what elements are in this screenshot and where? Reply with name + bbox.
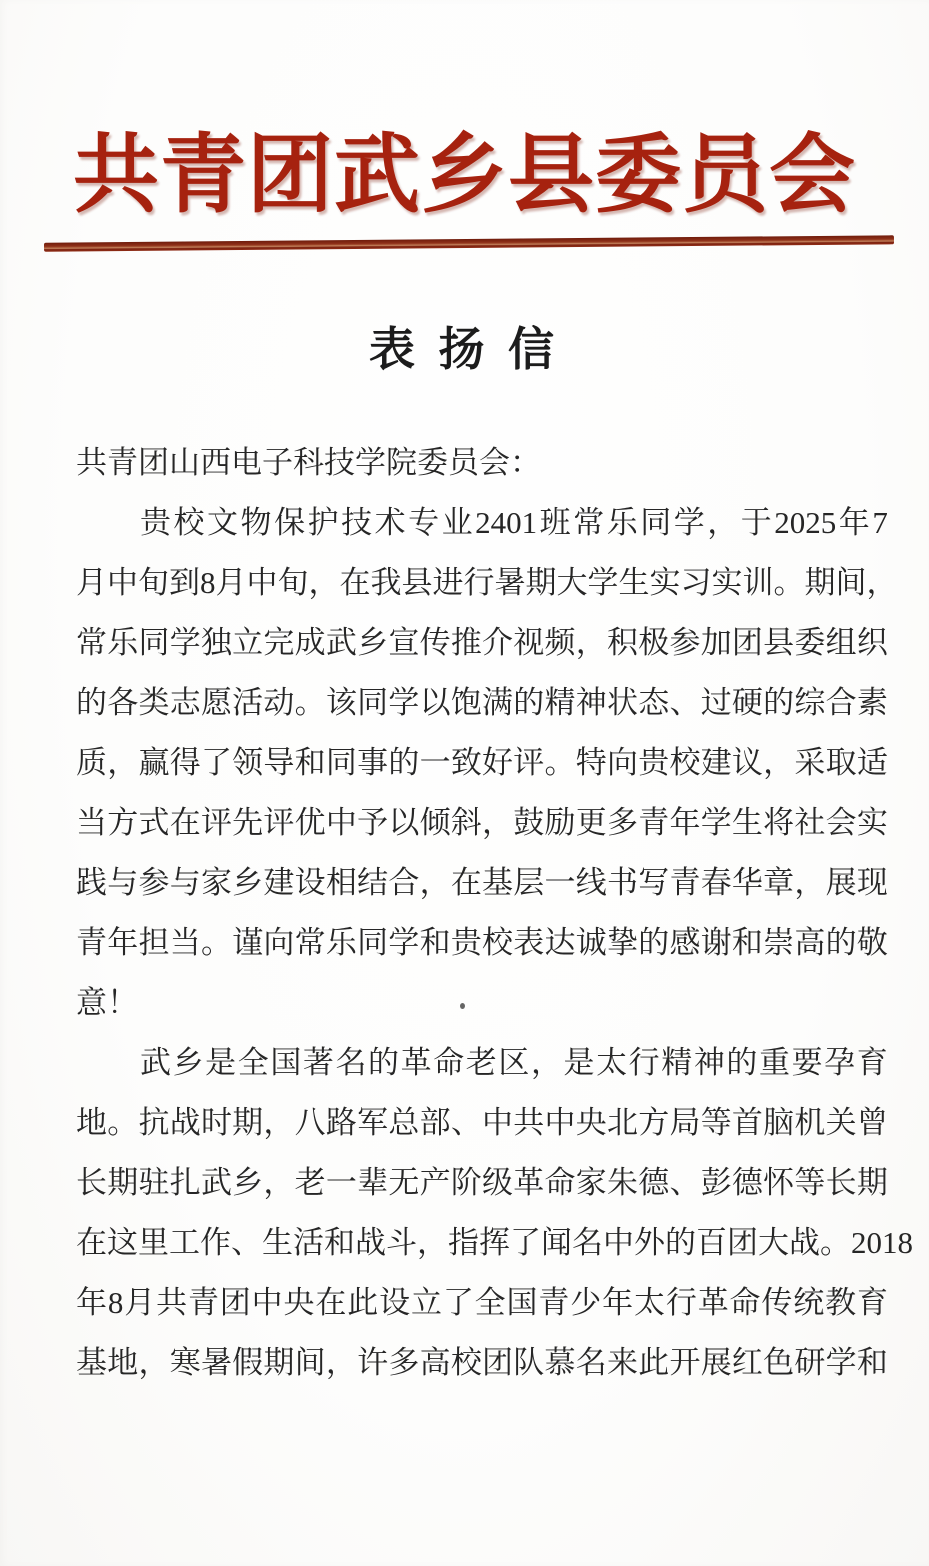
letterhead-organization: 共青团武乡县委员会 [0, 126, 929, 225]
body-line: 贵校文物保护技术专业2401班常乐同学，于2025年7 [76, 493, 888, 553]
body-line: 的各类志愿活动。该同学以饱满的精神状态、过硬的综合素 [76, 673, 888, 733]
letterhead-rule [44, 235, 894, 251]
letter-page: 共青团武乡县委员会 表 扬 信 共青团山西电子科技学院委员会： 贵校文物保护技术… [0, 0, 929, 1566]
paper-speck [460, 1003, 465, 1009]
body-line: 当方式在评先评优中予以倾斜，鼓励更多青年学生将社会实 [76, 793, 888, 853]
body-line: 月中旬到8月中旬，在我县进行暑期大学生实习实训。期间， [76, 553, 888, 613]
body-line: 在这里工作、生活和战斗，指挥了闻名中外的百团大战。2018 [76, 1213, 888, 1273]
body-line: 青年担当。谨向常乐同学和贵校表达诚挚的感谢和崇高的敬 [76, 913, 888, 973]
body-line: 地。抗战时期，八路军总部、中共中央北方局等首脑机关曾 [76, 1093, 888, 1153]
body-line: 武乡是全国著名的革命老区，是太行精神的重要孕育 [76, 1033, 888, 1093]
salutation: 共青团山西电子科技学院委员会： [76, 433, 888, 493]
letter-body: 共青团山西电子科技学院委员会： 贵校文物保护技术专业2401班常乐同学，于202… [76, 433, 888, 1393]
letter-title: 表 扬 信 [0, 320, 929, 380]
body-line: 意！ [76, 973, 888, 1033]
body-line: 长期驻扎武乡，老一辈无产阶级革命家朱德、彭德怀等长期 [76, 1153, 888, 1213]
body-line: 常乐同学独立完成武乡宣传推介视频，积极参加团县委组织 [76, 613, 888, 673]
body-line: 践与参与家乡建设相结合，在基层一线书写青春华章，展现 [76, 853, 888, 913]
body-line: 质，赢得了领导和同事的一致好评。特向贵校建议，采取适 [76, 733, 888, 793]
body-line: 基地，寒暑假期间，许多高校团队慕名来此开展红色研学和 [76, 1333, 888, 1393]
body-line: 年8月共青团中央在此设立了全国青少年太行革命传统教育 [76, 1273, 888, 1333]
